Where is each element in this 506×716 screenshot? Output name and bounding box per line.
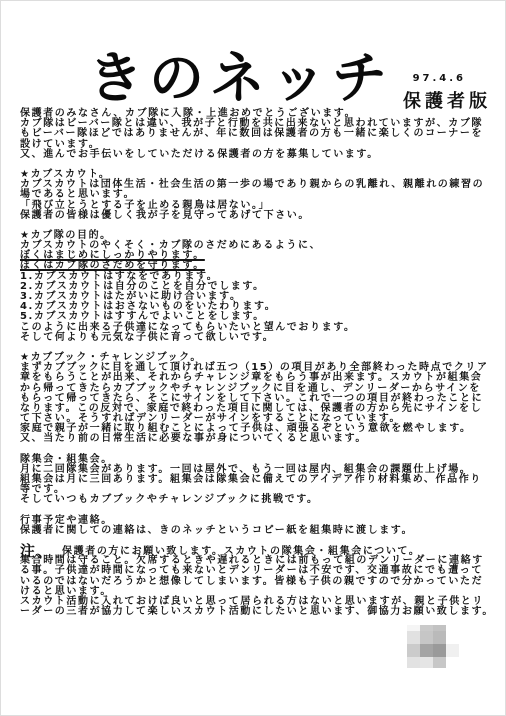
scanned-newsletter-page: きのネッチ 97.4.6 保護者版 保護者のみなさん、カブ隊に入隊・上進おめでと… xyxy=(0,0,506,716)
mosaic-cell xyxy=(433,657,446,668)
mosaic-cell xyxy=(407,631,420,644)
mosaic-cell xyxy=(433,644,446,657)
text-line-content: 又、当たり前の日常生活に必要な事が身についてくると思います。 xyxy=(20,433,367,444)
mosaic-cell xyxy=(446,657,459,668)
text-line-content: 又、進んでお手伝いをしていただける保護者の方を募集しています。 xyxy=(20,149,379,160)
newsletter-title: きのネッチ xyxy=(88,34,393,113)
issue-date: 97.4.6 xyxy=(413,73,466,84)
mosaic-cell xyxy=(407,657,420,668)
text-line: 保護者に関しての連絡は、きのネッチというコピー紙を組集時に渡します。 xyxy=(20,526,494,536)
mosaic-cell xyxy=(407,644,420,657)
text-line-content: 保護者に関しての連絡は、きのネッチというコピー紙を組集時に渡します。 xyxy=(20,525,413,536)
text-line: 又、進んでお手伝いをしていただける保護者の方を募集しています。 xyxy=(20,150,494,160)
censored-mosaic xyxy=(407,625,459,668)
mosaic-cell xyxy=(433,631,446,644)
mosaic-cell xyxy=(420,631,433,644)
mosaic-cell xyxy=(420,657,433,668)
text-line: 組集会は月に三回あります。組集会は隊集会に備えてのアイデア作り材料集め、作品作り xyxy=(20,475,494,485)
text-line: ーダーの三者が協力して楽しいスカウト活動にしたいと思います、御協力お願い致します… xyxy=(20,607,494,617)
text-line-content: 組集会は月に三回あります。組集会は隊集会に備えてのアイデア作り材料集め、作品作り xyxy=(20,474,482,485)
mosaic-cell xyxy=(446,644,459,657)
text-line-content: ーダーの三者が協力して楽しいスカウト活動にしたいと思います、御協力お願い致します… xyxy=(20,606,494,617)
text-line: そしていつもカブブックやチャレンジブックに挑戦です。 xyxy=(20,495,494,505)
text-line-content: 保護者の皆様は優しく我が子を見守ってあげて下さい。 xyxy=(20,210,310,221)
body-text: 保護者のみなさん、カブ隊に入隊・上進おめでとうございます。カブ隊はビーバー隊とは… xyxy=(20,109,494,617)
text-line-content: そして何よりも元気な子供に育って欲しいです。 xyxy=(20,332,274,343)
text-line: 保護者の皆様は優しく我が子を見守ってあげて下さい。 xyxy=(20,211,494,221)
text-line-content: そしていつもカブブックやチャレンジブックに挑戦です。 xyxy=(20,494,319,505)
text-line: そして何よりも元気な子供に育って欲しいです。 xyxy=(20,333,494,343)
text-line: 又、当たり前の日常生活に必要な事が身についてくると思います。 xyxy=(20,434,494,444)
mosaic-cell xyxy=(446,631,459,644)
mosaic-cell xyxy=(420,644,433,657)
